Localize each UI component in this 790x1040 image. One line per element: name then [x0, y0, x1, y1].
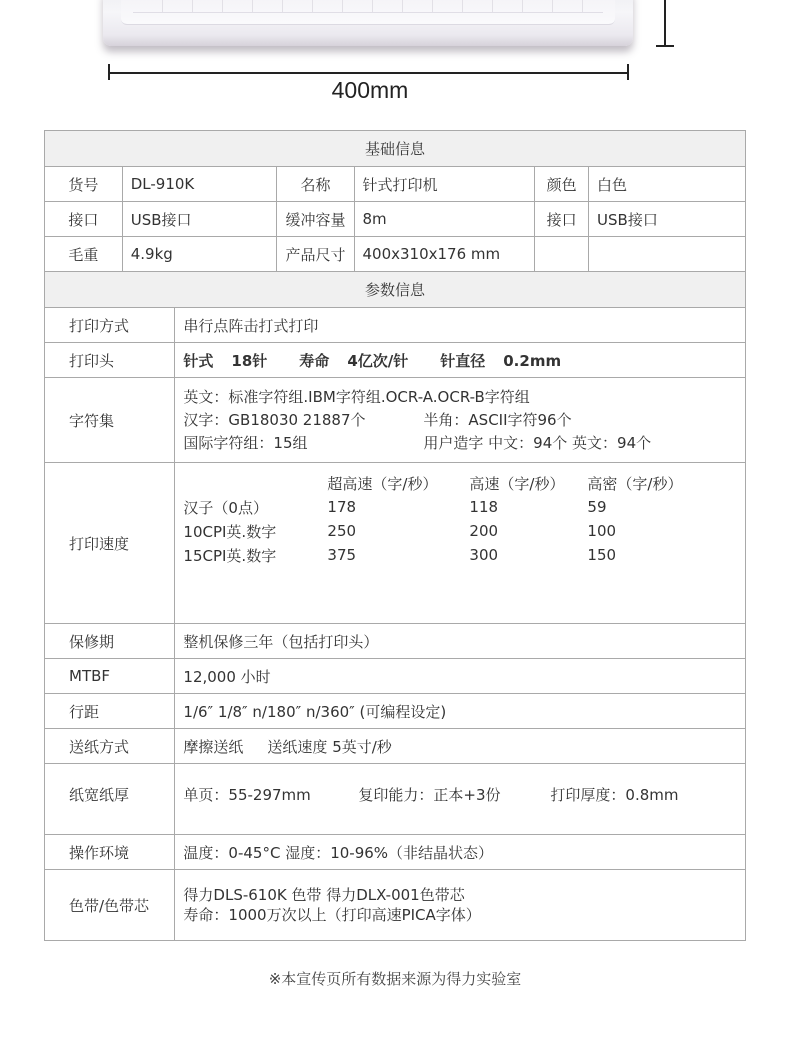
paper-feed-method: 摩擦送纸: [183, 738, 243, 756]
height-dimension-line: [664, 0, 666, 46]
label-empty: [535, 237, 589, 272]
value-interface-2: USB接口: [589, 202, 746, 237]
charset-english: 英文：标准字符组.IBM字符组.OCR-A.OCR-B字符组: [183, 386, 737, 409]
speed-ultra-value: 178: [327, 495, 469, 519]
charset-chinese: 汉字：GB18030 21887个: [183, 409, 423, 432]
value-empty: [589, 237, 746, 272]
print-head-life-label: 寿命: [299, 352, 329, 370]
speed-high-value: 200: [469, 519, 587, 543]
table-row: 打印速度 超高速（字/秒） 高速（字/秒） 高密（字/秒） 汉子（0点） 178…: [45, 463, 746, 624]
print-head-diameter: 0.2mm: [503, 352, 561, 370]
value-name: 针式打印机: [354, 167, 535, 202]
section-basic-info: 基础信息: [45, 131, 746, 167]
speed-row-label: 汉子（0点）: [183, 495, 327, 519]
paper-feed-speed: 送纸速度 5英寸/秒: [267, 738, 391, 756]
value-interface: USB接口: [122, 202, 277, 237]
value-environment: 温度：0-45°C 湿度：10-96%（非结晶状态）: [175, 835, 746, 870]
speed-ultra-value: 375: [327, 543, 469, 567]
label-weight: 毛重: [45, 237, 123, 272]
print-head-pins: 18针: [231, 352, 267, 370]
speed-dense-value: 100: [587, 519, 682, 543]
value-print-head: 针式18针寿命4亿次/针针直径0.2mm: [175, 343, 746, 378]
table-row: 行距 1/6″ 1/8″ n/180″ n/360″ (可编程设定): [45, 694, 746, 729]
label-buffer: 缓冲容量: [277, 202, 354, 237]
label-name: 名称: [277, 167, 354, 202]
value-print-method: 串行点阵击打式打印: [175, 308, 746, 343]
speed-header-empty: [183, 471, 327, 495]
speed-row: 汉子（0点） 178 118 59: [183, 495, 682, 519]
speed-row: 10CPI英.数字 250 200 100: [183, 519, 682, 543]
label-environment: 操作环境: [45, 835, 175, 870]
speed-row: 15CPI英.数字 375 300 150: [183, 543, 682, 567]
speed-row-label: 15CPI英.数字: [183, 543, 327, 567]
table-row: 保修期 整机保修三年（包括打印头）: [45, 624, 746, 659]
table-row: MTBF 12,000 小时: [45, 659, 746, 694]
print-head-life: 4亿次/针: [347, 352, 408, 370]
table-row: 操作环境 温度：0-45°C 湿度：10-96%（非结晶状态）: [45, 835, 746, 870]
speed-row-label: 10CPI英.数字: [183, 519, 327, 543]
speed-dense-value: 59: [587, 495, 682, 519]
value-buffer: 8m: [354, 202, 535, 237]
value-size: 400x310x176 mm: [354, 237, 535, 272]
table-row: 色带/色带芯 得力DLS-610K 色带 得力DLX-001色带芯 寿命：100…: [45, 870, 746, 941]
print-head-type-label: 针式: [183, 352, 213, 370]
printer-image: [103, 0, 633, 46]
label-size: 产品尺寸: [277, 237, 354, 272]
label-item-no: 货号: [45, 167, 123, 202]
print-head-diameter-label: 针直径: [440, 352, 485, 370]
speed-high-value: 118: [469, 495, 587, 519]
table-row: 毛重 4.9kg 产品尺寸 400x310x176 mm: [45, 237, 746, 272]
table-row: 送纸方式 摩擦送纸送纸速度 5英寸/秒: [45, 729, 746, 764]
table-row: 字符集 英文：标准字符组.IBM字符组.OCR-A.OCR-B字符组 汉字：GB…: [45, 378, 746, 463]
label-color: 颜色: [535, 167, 589, 202]
value-print-speed: 超高速（字/秒） 高速（字/秒） 高密（字/秒） 汉子（0点） 178 118 …: [175, 463, 746, 624]
table-row: 纸宽纸厚 单页：55-297mm复印能力：正本+3份打印厚度：0.8mm: [45, 764, 746, 835]
width-dimension-cap-right: [627, 64, 629, 80]
speed-header-dense: 高密（字/秒）: [587, 471, 682, 495]
value-item-no: DL-910K: [122, 167, 277, 202]
label-print-method: 打印方式: [45, 308, 175, 343]
speed-table: 超高速（字/秒） 高速（字/秒） 高密（字/秒） 汉子（0点） 178 118 …: [183, 471, 682, 567]
charset-user-defined: 用户造字 中文：94个 英文：94个: [423, 434, 651, 452]
footer-note: ※本宣传页所有数据来源为得力实验室: [0, 968, 790, 989]
label-charset: 字符集: [45, 378, 175, 463]
label-warranty: 保修期: [45, 624, 175, 659]
value-paper-feed: 摩擦送纸送纸速度 5英寸/秒: [175, 729, 746, 764]
section-param-info: 参数信息: [45, 272, 746, 308]
label-paper-width: 纸宽纸厚: [45, 764, 175, 835]
speed-header-high: 高速（字/秒）: [469, 471, 587, 495]
printer-slots: [133, 0, 603, 13]
value-line-spacing: 1/6″ 1/8″ n/180″ n/360″ (可编程设定): [175, 694, 746, 729]
value-paper-width: 单页：55-297mm复印能力：正本+3份打印厚度：0.8mm: [175, 764, 746, 835]
table-row: 货号 DL-910K 名称 针式打印机 颜色 白色: [45, 167, 746, 202]
label-line-spacing: 行距: [45, 694, 175, 729]
value-warranty: 整机保修三年（包括打印头）: [175, 624, 746, 659]
label-interface-2: 接口: [535, 202, 589, 237]
table-row: 打印头 针式18针寿命4亿次/针针直径0.2mm: [45, 343, 746, 378]
paper-copy-capacity: 复印能力：正本+3份: [358, 784, 550, 805]
speed-ultra-value: 250: [327, 519, 469, 543]
spec-table: 基础信息 货号 DL-910K 名称 针式打印机 颜色 白色 接口 USB接口 …: [44, 130, 746, 941]
label-ribbon: 色带/色带芯: [45, 870, 175, 941]
table-row: 打印方式 串行点阵击打式打印: [45, 308, 746, 343]
charset-halfwidth: 半角：ASCII字符96个: [423, 411, 571, 429]
label-paper-feed: 送纸方式: [45, 729, 175, 764]
value-ribbon: 得力DLS-610K 色带 得力DLX-001色带芯 寿命：1000万次以上（打…: [175, 870, 746, 941]
charset-international: 国际字符组：15组: [183, 432, 423, 455]
height-dimension-cap: [656, 45, 674, 47]
value-charset: 英文：标准字符组.IBM字符组.OCR-A.OCR-B字符组 汉字：GB1803…: [175, 378, 746, 463]
speed-header-ultra: 超高速（字/秒）: [327, 471, 469, 495]
paper-thickness: 打印厚度：0.8mm: [550, 786, 678, 804]
speed-high-value: 300: [469, 543, 587, 567]
width-dimension-line: [109, 72, 629, 74]
value-mtbf: 12,000 小时: [175, 659, 746, 694]
label-print-head: 打印头: [45, 343, 175, 378]
ribbon-models: 得力DLS-610K 色带 得力DLX-001色带芯: [183, 885, 737, 905]
label-mtbf: MTBF: [45, 659, 175, 694]
value-weight: 4.9kg: [122, 237, 277, 272]
paper-single-page: 单页：55-297mm: [183, 784, 358, 805]
value-color: 白色: [589, 167, 746, 202]
width-dimension-label: 400mm: [300, 77, 440, 104]
table-row: 接口 USB接口 缓冲容量 8m 接口 USB接口: [45, 202, 746, 237]
label-print-speed: 打印速度: [45, 463, 175, 624]
speed-dense-value: 150: [587, 543, 682, 567]
ribbon-life: 寿命：1000万次以上（打印高速PICA字体）: [183, 905, 737, 925]
label-interface: 接口: [45, 202, 123, 237]
